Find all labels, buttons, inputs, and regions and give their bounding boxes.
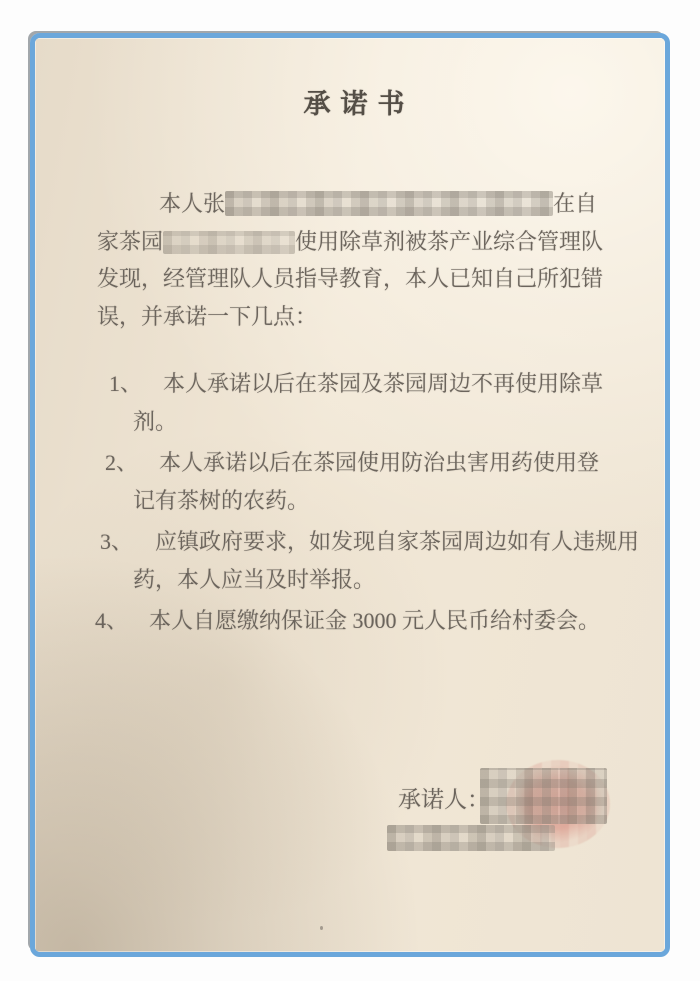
commitment-list: 1、本人承诺以后在茶园及茶园周边不再使用除草剂。 2、本人承诺以后在茶园使用防治…: [97, 365, 611, 640]
location-redaction-mosaic: [163, 231, 295, 254]
intro-text-before-name: 本人张: [159, 191, 225, 216]
document-title: 承诺书: [97, 82, 611, 121]
item-1-text: 本人承诺以后在茶园及茶园周边不再使用除草剂。: [133, 371, 603, 434]
intro-paragraph: 本人张在自家茶园使用除草剂被茶产业综合管理队发现，经管理队人员指导教育，本人已知…: [97, 185, 611, 335]
document-photo: 承诺书 本人张在自家茶园使用除草剂被茶产业综合管理队发现，经管理队人员指导教育，…: [30, 33, 670, 957]
item-4-text: 本人自愿缴纳保证金 3000 元人民币给村委会。: [149, 608, 600, 633]
page-background: 承诺书 本人张在自家茶园使用除草剂被茶产业综合管理队发现，经管理队人员指导教育，…: [0, 0, 700, 981]
item-3-number: 3、: [100, 523, 133, 561]
commitment-item-4: 4、本人自愿缴纳保证金 3000 元人民币给村委会。: [133, 602, 611, 640]
commitment-item-1: 1、本人承诺以后在茶园及茶园周边不再使用除草剂。: [133, 365, 611, 440]
document-content: 承诺书 本人张在自家茶园使用除草剂被茶产业综合管理队发现，经管理队人员指导教育，…: [97, 38, 611, 888]
signature-block: 承诺人：: [97, 768, 611, 888]
commitment-item-3: 3、应镇政府要求，如发现自家茶园周边如有人违规用药，本人应当及时举报。: [133, 523, 639, 598]
item-4-number: 4、: [95, 602, 128, 640]
name-redaction-mosaic: [225, 191, 553, 216]
item-2-number: 2、: [105, 444, 138, 482]
paper-sheet: 承诺书 本人张在自家茶园使用除草剂被茶产业综合管理队发现，经管理队人员指导教育，…: [35, 38, 665, 952]
signatory-label: 承诺人：: [398, 781, 490, 814]
item-1-number: 1、: [109, 365, 142, 403]
item-2-text: 本人承诺以后在茶园使用防治虫害用药使用登记有茶树的农药。: [133, 450, 599, 513]
date-redaction-mosaic: [387, 825, 555, 851]
signature-redaction-mosaic: [480, 768, 607, 824]
item-3-text: 应镇政府要求，如发现自家茶园周边如有人违规用药，本人应当及时举报。: [133, 529, 639, 592]
paper-speck: [320, 926, 323, 930]
commitment-item-2: 2、本人承诺以后在茶园使用防治虫害用药使用登记有茶树的农药。: [133, 444, 611, 519]
